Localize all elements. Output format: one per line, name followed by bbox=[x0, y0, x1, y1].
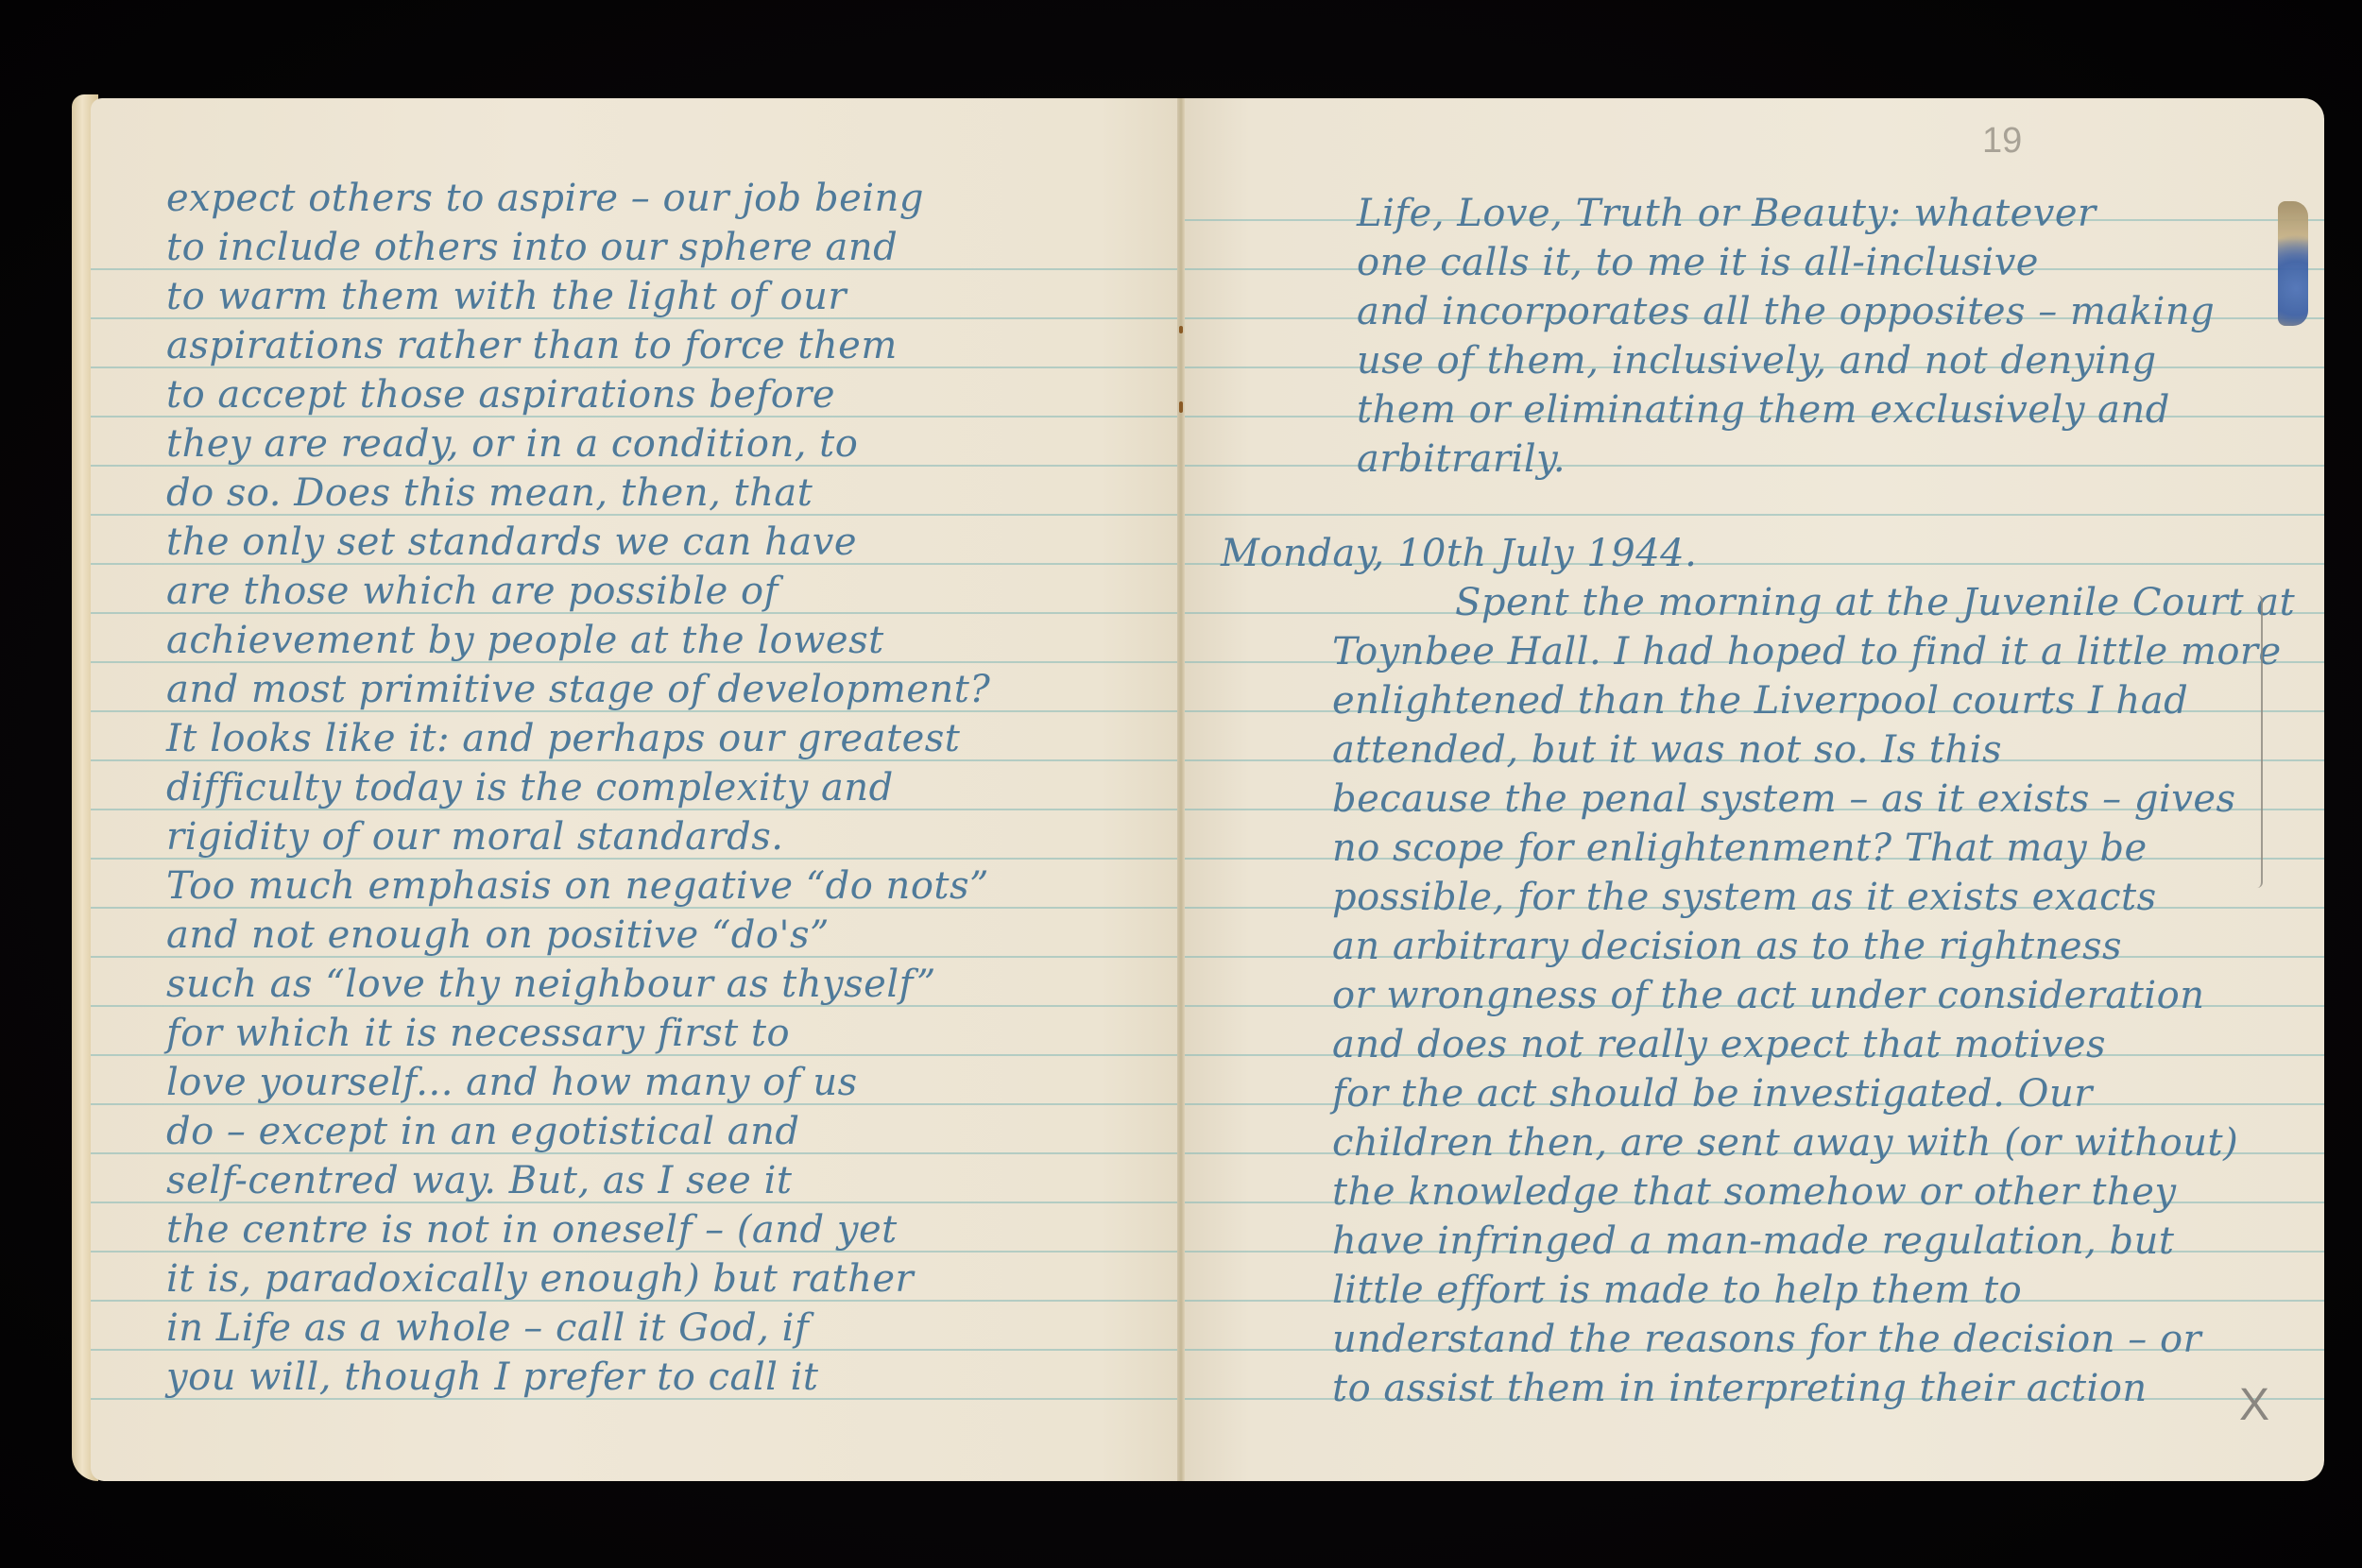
handwritten-line: no scope for enlightenment? That may be bbox=[1332, 824, 2362, 873]
handwritten-line: in Life as a whole – call it God, if bbox=[166, 1304, 1168, 1353]
handwritten-line: the centre is not in oneself – (and yet bbox=[166, 1205, 1168, 1254]
handwritten-line: little effort is made to help them to bbox=[1332, 1266, 2362, 1315]
handwritten-line: and not enough on positive “do's” bbox=[166, 911, 1168, 960]
handwritten-line: arbitrarily. bbox=[1357, 435, 2362, 484]
staple-rust-mark bbox=[1179, 326, 1183, 333]
handwritten-line: do so. Does this mean, then, that bbox=[166, 469, 1168, 518]
handwritten-line: to include others into our sphere and bbox=[166, 223, 1168, 272]
handwritten-line: are those which are possible of bbox=[166, 567, 1168, 616]
handwritten-line: and most primitive stage of development? bbox=[166, 665, 1168, 714]
handwritten-line: do – except in an egotistical and bbox=[166, 1107, 1168, 1156]
page-number: 19 bbox=[1982, 121, 2022, 162]
handwritten-line: understand the reasons for the decision … bbox=[1332, 1315, 2362, 1364]
pencil-cross-mark: X bbox=[2239, 1379, 2269, 1431]
handwritten-line: achievement by people at the lowest bbox=[166, 616, 1168, 665]
handwritten-line: them or eliminating them exclusively and bbox=[1357, 385, 2362, 435]
handwritten-line: Too much emphasis on negative “do nots” bbox=[166, 861, 1168, 911]
handwritten-line: for the act should be investigated. Our bbox=[1332, 1069, 2362, 1118]
handwritten-line: because the penal system – as it exists … bbox=[1332, 775, 2362, 824]
handwritten-line: have infringed a man-made regulation, bu… bbox=[1332, 1217, 2362, 1266]
handwritten-line: an arbitrary decision as to the rightnes… bbox=[1332, 922, 2362, 971]
handwritten-line: to accept those aspirations before bbox=[166, 370, 1168, 419]
handwritten-line: Life, Love, Truth or Beauty: whatever bbox=[1357, 189, 2362, 238]
handwritten-line: enlightened than the Liverpool courts I … bbox=[1332, 676, 2362, 725]
handwritten-line: the only set standards we can have bbox=[166, 518, 1168, 567]
staple-rust-mark bbox=[1179, 401, 1183, 413]
handwritten-line: or wrongness of the act under considerat… bbox=[1332, 971, 2362, 1020]
handwritten-line: to assist them in interpreting their act… bbox=[1332, 1364, 2362, 1413]
handwritten-line: possible, for the system as it exists ex… bbox=[1332, 873, 2362, 922]
handwritten-line: love yourself... and how many of us bbox=[166, 1058, 1168, 1107]
handwritten-line: expect others to aspire – our job being bbox=[166, 174, 1168, 223]
handwritten-line: Toynbee Hall. I had hoped to find it a l… bbox=[1332, 627, 2362, 676]
handwritten-line: the knowledge that somehow or other they bbox=[1332, 1167, 2362, 1217]
pencil-margin-bracket bbox=[2257, 595, 2263, 888]
handwritten-line: one calls it, to me it is all-inclusive bbox=[1357, 238, 2362, 287]
diary-entry-date: Monday, 10th July 1944. bbox=[1221, 529, 1697, 578]
handwritten-line: it is, paradoxically enough) but rather bbox=[166, 1254, 1168, 1304]
handwritten-line: you will, though I prefer to call it bbox=[166, 1353, 1168, 1402]
handwritten-line: attended, but it was not so. Is this bbox=[1332, 725, 2362, 775]
handwritten-line: children then, are sent away with (or wi… bbox=[1332, 1118, 2362, 1167]
diary-entry-body: Spent the morning at the Juvenile Court … bbox=[1332, 578, 2362, 1413]
handwritten-line: rigidity of our moral standards. bbox=[166, 812, 1168, 861]
handwritten-line: difficulty today is the complexity and bbox=[166, 763, 1168, 812]
notebook-photo: 19 expect others to aspire – our job bei… bbox=[0, 0, 2362, 1568]
handwritten-line: Spent the morning at the Juvenile Court … bbox=[1332, 578, 2362, 627]
handwritten-line: they are ready, or in a condition, to bbox=[166, 419, 1168, 469]
handwritten-line: aspirations rather than to force them bbox=[166, 321, 1168, 370]
handwritten-line: and does not really expect that motives bbox=[1332, 1020, 2362, 1069]
handwritten-line: for which it is necessary first to bbox=[166, 1009, 1168, 1058]
right-page-continuation: Life, Love, Truth or Beauty: whatever on… bbox=[1357, 189, 2362, 484]
handwritten-line: to warm them with the light of our bbox=[166, 272, 1168, 321]
handwritten-line: and incorporates all the opposites – mak… bbox=[1357, 287, 2362, 336]
handwritten-line: It looks like it: and perhaps our greate… bbox=[166, 714, 1168, 763]
spine-gutter bbox=[1177, 98, 1185, 1481]
handwritten-line: self-centred way. But, as I see it bbox=[166, 1156, 1168, 1205]
entry-date-text: Monday, 10th July 1944. bbox=[1221, 529, 1697, 578]
left-page-text: expect others to aspire – our job being … bbox=[166, 174, 1168, 1402]
handwritten-line: use of them, inclusively, and not denyin… bbox=[1357, 336, 2362, 385]
handwritten-line: such as “love thy neighbour as thyself” bbox=[166, 960, 1168, 1009]
